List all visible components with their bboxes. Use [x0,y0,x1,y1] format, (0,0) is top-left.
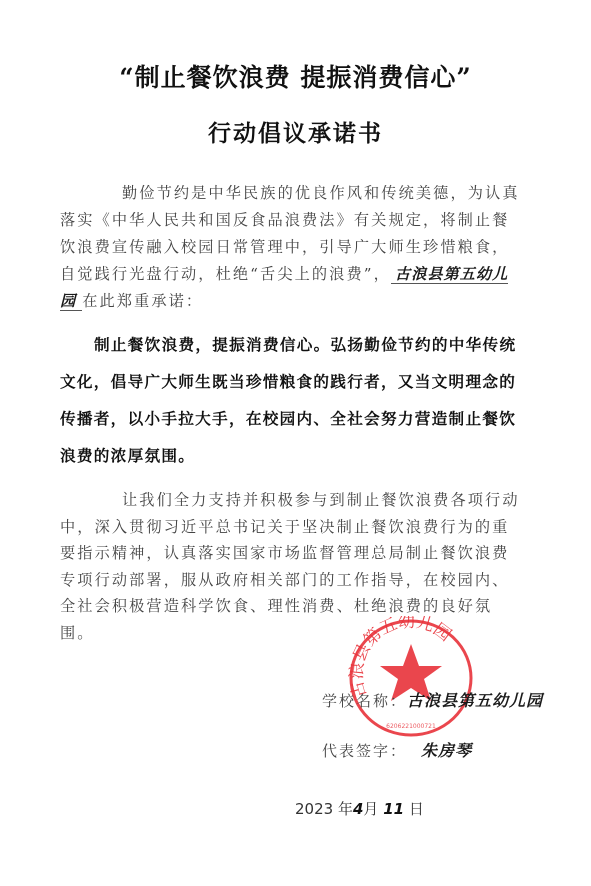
seal-code: 6206221000721 [386,723,436,730]
school-signature: 古浪县第五幼儿园 [407,691,543,710]
rep-label: 代表签字： [322,742,407,760]
document-title: “制止餐饮浪费 提振消费信心” [0,58,591,94]
intro-text-end: 在此郑重承诺： [82,292,203,310]
representative-row: 代表签字：朱房琴 [322,738,472,761]
date-month-suffix: 月 [363,800,378,818]
official-seal-icon: 古浪县第五幼儿园 6206221000721 [345,616,477,740]
school-name-row: 学校名称：古浪县第五幼儿园 [322,688,543,711]
date-day: 11 [383,800,404,818]
paragraph-intro: 勤俭节约是中华民族的优良作风和传统美德，为认真落实《中华人民共和国反食品浪费法》… [60,180,520,315]
school-label: 学校名称： [322,692,407,710]
rep-signature: 朱房琴 [421,741,472,760]
paragraph-commitment: 制止餐饮浪费，提振消费信心。弘扬勤俭节约的中华传统文化，倡导广大师生既当珍惜粮食… [60,327,520,475]
commitment-text: 制止餐饮浪费，提振消费信心。弘扬勤俭节约的中华传统文化，倡导广大师生既当珍惜粮食… [60,336,516,465]
date-year-suffix: 年 [338,800,353,818]
document-date: 2023 年4月 11 日 [295,798,424,819]
date-year: 2023 [295,800,333,818]
date-day-suffix: 日 [409,800,424,818]
date-month: 4 [353,800,363,818]
document-subtitle: 行动倡议承诺书 [0,115,591,148]
